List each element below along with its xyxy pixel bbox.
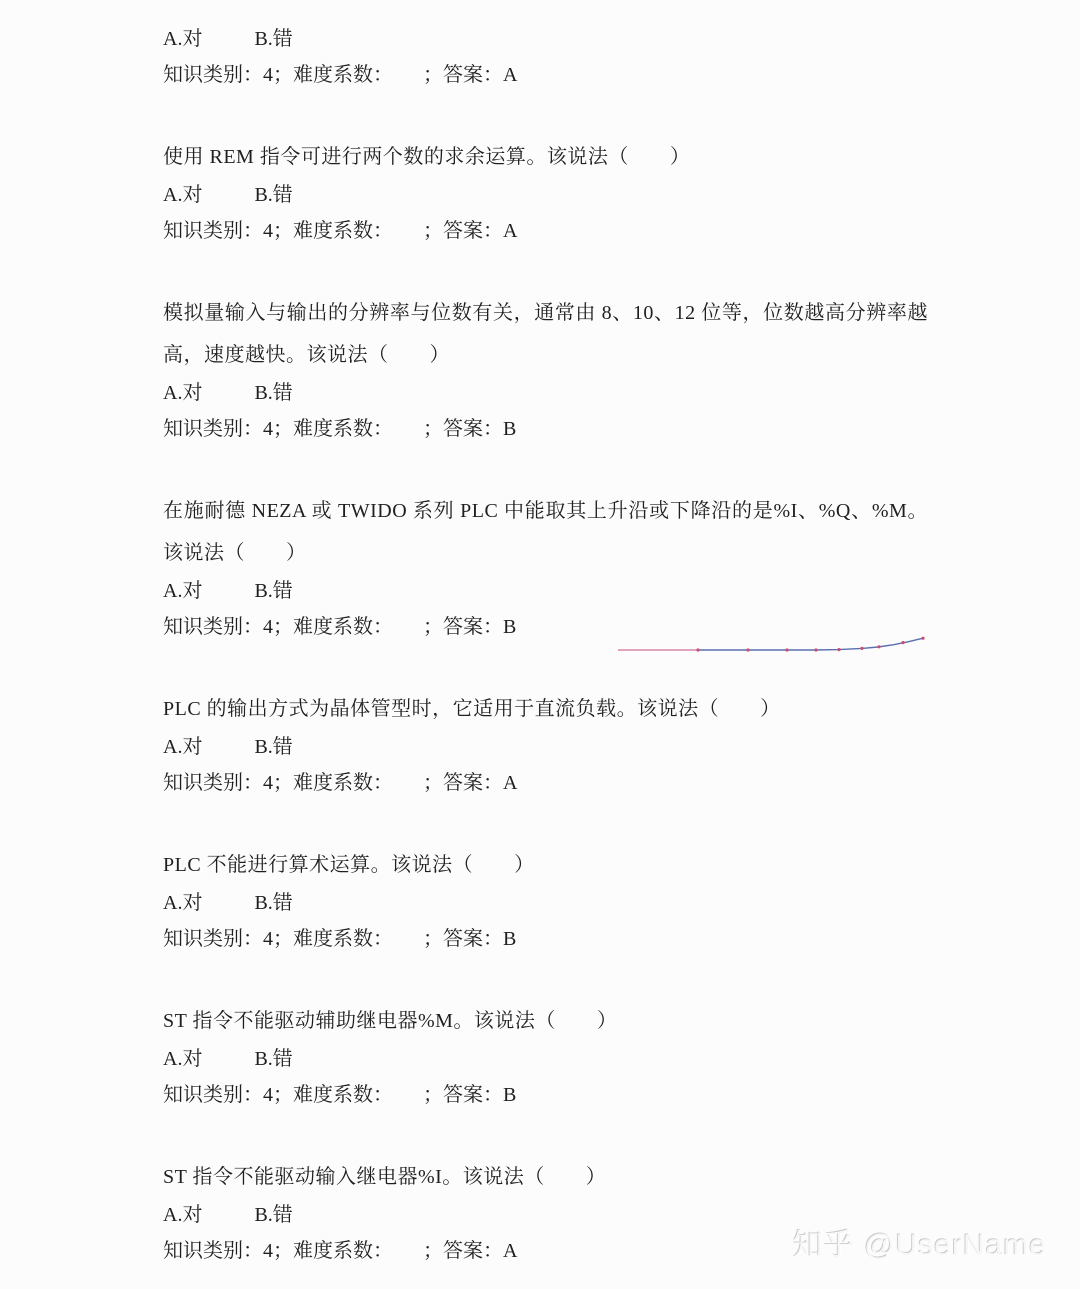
option-a: A.对: [163, 1048, 202, 1070]
option-b: B.错: [254, 1048, 292, 1070]
meta-answer-label: ；答案：: [423, 772, 503, 794]
meta-difficulty-label: ；难度系数：: [273, 418, 393, 440]
meta-category-label: 知识类别：: [163, 64, 263, 86]
option-a: A.对: [163, 28, 202, 50]
answer-options: A.对B.错: [163, 24, 928, 54]
question-text: PLC 不能进行算术运算。该说法（ ）: [163, 844, 928, 886]
meta-difficulty-label: ；难度系数：: [273, 220, 393, 242]
meta-answer-label: ；答案：: [423, 418, 503, 440]
meta-answer-value: B: [503, 1084, 516, 1106]
artifact-blue-curve: [698, 638, 923, 650]
meta-answer-value: A: [503, 220, 517, 242]
answer-options: A.对B.错: [163, 732, 928, 762]
meta-answer-value: A: [503, 64, 517, 86]
question-block: 在施耐德 NEZA 或 TWIDO 系列 PLC 中能取其上升沿或下降沿的是%I…: [163, 490, 928, 642]
question-text: 在施耐德 NEZA 或 TWIDO 系列 PLC 中能取其上升沿或下降沿的是%I…: [163, 490, 928, 574]
answer-options: A.对B.错: [163, 888, 928, 918]
meta-category-value: 4: [263, 64, 273, 86]
meta-answer-value: B: [503, 418, 516, 440]
meta-answer-label: ；答案：: [423, 1084, 503, 1106]
answer-options: A.对B.错: [163, 180, 928, 210]
meta-difficulty-label: ；难度系数：: [273, 772, 393, 794]
question-meta: 知识类别：4；难度系数：；答案：A: [163, 60, 928, 90]
question-block: 模拟量输入与输出的分辨率与位数有关，通常由 8、10、12 位等，位数越高分辨率…: [163, 292, 928, 444]
question-block: A.对B.错 知识类别：4；难度系数：；答案：A: [163, 24, 928, 90]
meta-category-value: 4: [263, 928, 273, 950]
meta-category-value: 4: [263, 1084, 273, 1106]
meta-answer-label: ；答案：: [423, 616, 503, 638]
meta-category-value: 4: [263, 616, 273, 638]
option-a: A.对: [163, 1204, 202, 1226]
question-meta: 知识类别：4；难度系数：；答案：A: [163, 216, 928, 246]
meta-difficulty-label: ；难度系数：: [273, 1084, 393, 1106]
meta-answer-label: ；答案：: [423, 1240, 503, 1262]
question-block: 使用 REM 指令可进行两个数的求余运算。该说法（ ） A.对B.错 知识类别：…: [163, 136, 928, 246]
question-block: ST 指令不能驱动辅助继电器%M。该说法（ ） A.对B.错 知识类别：4；难度…: [163, 1000, 928, 1110]
meta-category-value: 4: [263, 772, 273, 794]
option-b: B.错: [254, 736, 292, 758]
meta-answer-label: ；答案：: [423, 64, 503, 86]
option-b: B.错: [254, 184, 292, 206]
meta-answer-value: B: [503, 928, 516, 950]
question-text: 模拟量输入与输出的分辨率与位数有关，通常由 8、10、12 位等，位数越高分辨率…: [163, 292, 928, 376]
question-block: PLC 不能进行算术运算。该说法（ ） A.对B.错 知识类别：4；难度系数：；…: [163, 844, 928, 954]
question-meta: 知识类别：4；难度系数：；答案：B: [163, 414, 928, 444]
option-b: B.错: [254, 1204, 292, 1226]
meta-category-value: 4: [263, 418, 273, 440]
zhihu-watermark: 知乎 @UserName: [793, 1220, 1047, 1264]
meta-answer-value: A: [503, 1240, 517, 1262]
meta-difficulty-label: ；难度系数：: [273, 1240, 393, 1262]
question-text: ST 指令不能驱动输入继电器%I。该说法（ ）: [163, 1156, 928, 1198]
meta-difficulty-label: ；难度系数：: [273, 64, 393, 86]
question-block: PLC 的输出方式为晶体管型时，它适用于直流负载。该说法（ ） A.对B.错 知…: [163, 688, 928, 798]
answer-options: A.对B.错: [163, 576, 928, 606]
meta-category-label: 知识类别：: [163, 1084, 263, 1106]
answer-options: A.对B.错: [163, 1044, 928, 1074]
option-b: B.错: [254, 382, 292, 404]
meta-category-label: 知识类别：: [163, 616, 263, 638]
meta-category-label: 知识类别：: [163, 418, 263, 440]
option-b: B.错: [254, 28, 292, 50]
meta-category-label: 知识类别：: [163, 1240, 263, 1262]
question-meta: 知识类别：4；难度系数：；答案：B: [163, 1080, 928, 1110]
question-text: PLC 的输出方式为晶体管型时，它适用于直流负载。该说法（ ）: [163, 688, 928, 730]
option-b: B.错: [254, 892, 292, 914]
stray-chart-line-artifact: [615, 635, 927, 653]
meta-answer-value: B: [503, 616, 516, 638]
option-a: A.对: [163, 580, 202, 602]
option-a: A.对: [163, 892, 202, 914]
meta-answer-value: A: [503, 772, 517, 794]
question-meta: 知识类别：4；难度系数：；答案：A: [163, 768, 928, 798]
option-a: A.对: [163, 382, 202, 404]
meta-difficulty-label: ；难度系数：: [273, 928, 393, 950]
meta-answer-label: ；答案：: [423, 928, 503, 950]
option-b: B.错: [254, 580, 292, 602]
meta-category-label: 知识类别：: [163, 928, 263, 950]
question-text: ST 指令不能驱动辅助继电器%M。该说法（ ）: [163, 1000, 928, 1042]
option-a: A.对: [163, 736, 202, 758]
meta-answer-label: ；答案：: [423, 220, 503, 242]
question-meta: 知识类别：4；难度系数：；答案：B: [163, 924, 928, 954]
answer-options: A.对B.错: [163, 378, 928, 408]
meta-category-label: 知识类别：: [163, 772, 263, 794]
meta-difficulty-label: ；难度系数：: [273, 616, 393, 638]
document-page: A.对B.错 知识类别：4；难度系数：；答案：A 使用 REM 指令可进行两个数…: [0, 0, 1080, 1266]
meta-category-value: 4: [263, 1240, 273, 1262]
question-text: 使用 REM 指令可进行两个数的求余运算。该说法（ ）: [163, 136, 928, 178]
meta-category-value: 4: [263, 220, 273, 242]
meta-category-label: 知识类别：: [163, 220, 263, 242]
option-a: A.对: [163, 184, 202, 206]
